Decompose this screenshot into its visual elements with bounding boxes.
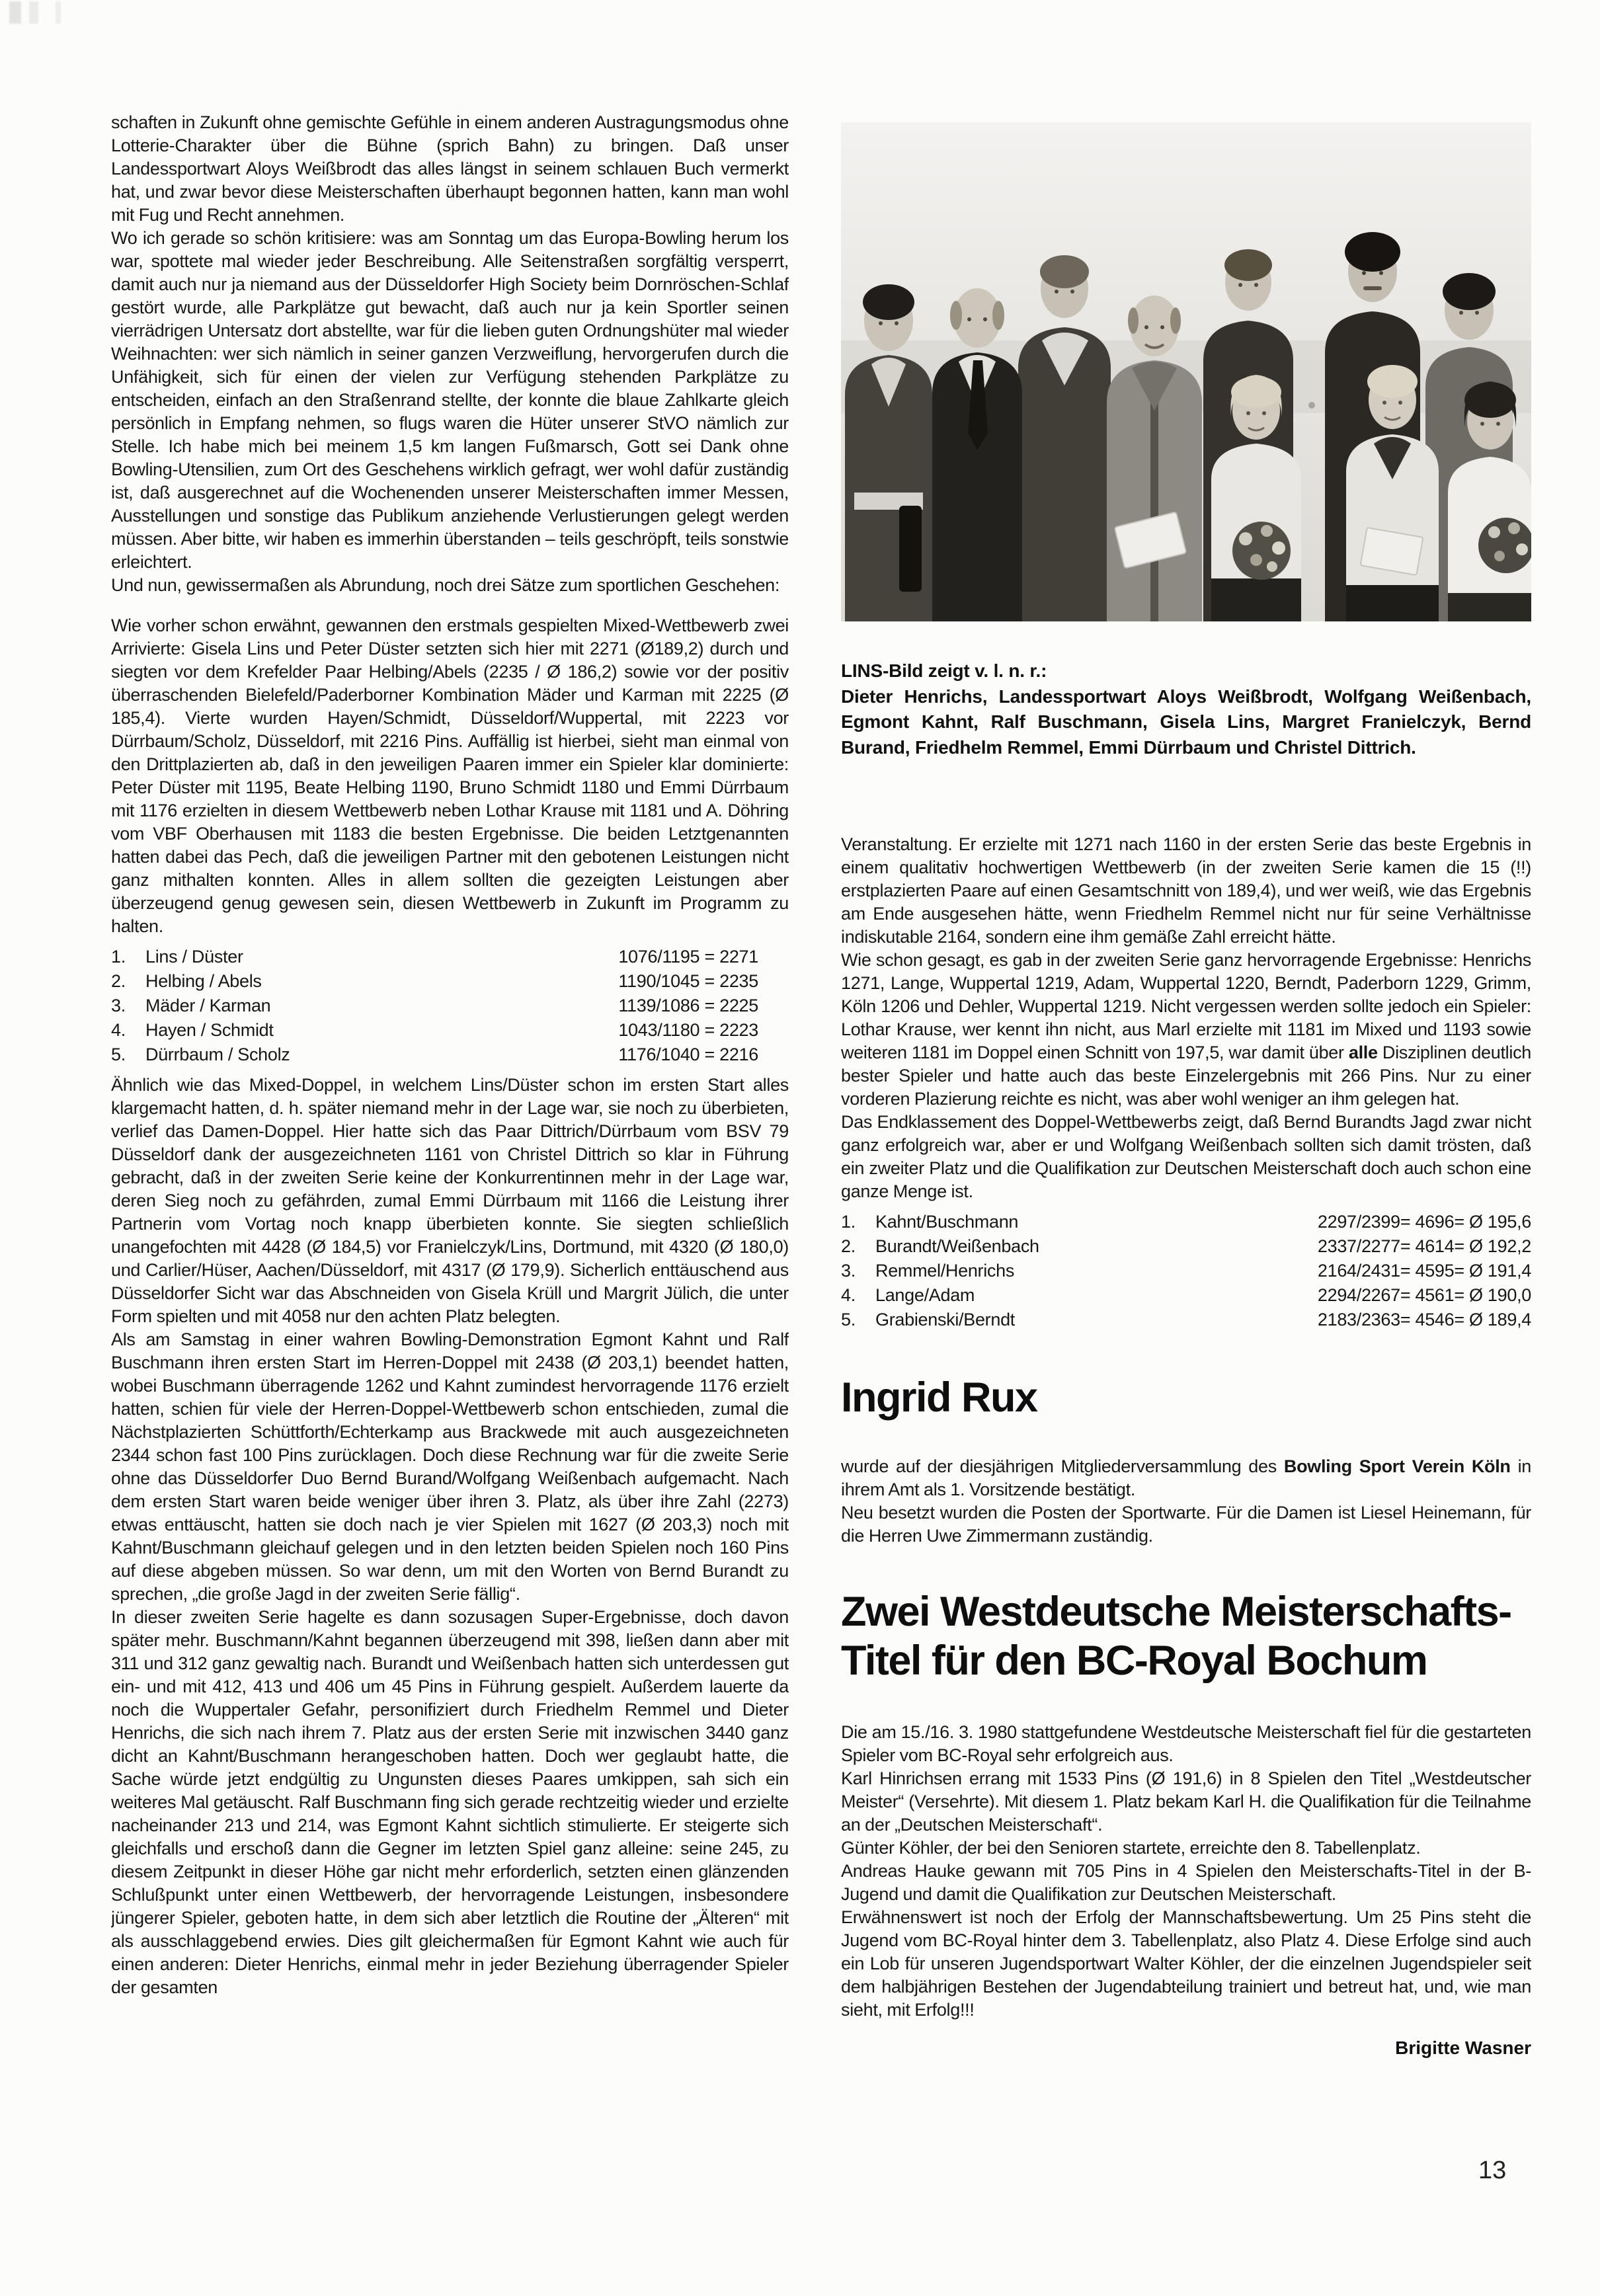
paragraph-hauke: Andreas Hauke gewann mit 705 Pins in 4 S… (841, 1860, 1531, 1906)
result-row: 1. Kahnt/Buschmann 2297/2399= 4696= Ø 19… (841, 1210, 1531, 1234)
paragraph-bochum: Die am 15./16. 3. 1980 stattgefundene We… (841, 1721, 1531, 1767)
paragraph-ingrid-rux: wurde auf der diesjährigen Mitgliederver… (841, 1455, 1531, 1501)
photo-caption: LINS-Bild zeigt v. l. n. r.: Dieter Henr… (841, 658, 1531, 760)
result-rank: 1. (111, 945, 145, 969)
result-score: 1043/1180 = 2223 (618, 1018, 758, 1043)
result-row: 4. Lange/Adam 2294/2267= 4561= Ø 190,0 (841, 1283, 1531, 1308)
author-signature: Brigitte Wasner (841, 2036, 1531, 2060)
paragraph-endklassement: Das Endklassement des Doppel-Wettbewerbs… (841, 1111, 1531, 1203)
paragraph-mannschaftsbewertung: Erwähnenswert ist noch der Erfolg der Ma… (841, 1906, 1531, 2022)
paragraph-zweite-serie-ergebnisse: Wie schon gesagt, es gab in der zweiten … (841, 949, 1531, 1111)
page-number: 13 (1478, 2157, 1506, 2185)
result-pair: Kahnt/Buschmann (875, 1210, 1318, 1234)
result-score: 2337/2277= 4614= Ø 192,2 (1318, 1234, 1531, 1259)
group-photo-image (841, 122, 1531, 621)
result-score: 2297/2399= 4696= Ø 195,6 (1318, 1210, 1531, 1234)
paragraph-hinrichsen: Karl Hinrichsen errang mit 1533 Pins (Ø … (841, 1767, 1531, 1837)
result-pair: Dürrbaum / Scholz (145, 1043, 618, 1067)
result-rank: 5. (841, 1308, 875, 1332)
result-rank: 3. (111, 994, 145, 1018)
result-rank: 2. (111, 969, 145, 994)
result-score: 2183/2363= 4546= Ø 189,4 (1318, 1308, 1531, 1332)
result-row: 5. Grabienski/Berndt 2183/2363= 4546= Ø … (841, 1308, 1531, 1332)
section-heading-ingrid-rux: Ingrid Rux (841, 1373, 1531, 1422)
result-row: 2. Burandt/Weißenbach 2337/2277= 4614= Ø… (841, 1234, 1531, 1259)
result-rank: 3. (841, 1259, 875, 1283)
result-score: 2164/2431= 4595= Ø 191,4 (1318, 1259, 1531, 1283)
result-row: 1. Lins / Düster 1076/1195 = 2271 (111, 945, 789, 969)
left-column: schaften in Zukunft ohne gemischte Gefüh… (111, 111, 789, 2253)
group-photo (841, 122, 1531, 621)
section-heading-bc-royal-bochum: Zwei Westdeutsche Meisterschafts- Titel … (841, 1587, 1531, 1685)
result-row: 5. Dürrbaum / Scholz 1176/1040 = 2216 (111, 1043, 789, 1067)
result-pair: Burandt/Weißenbach (875, 1234, 1318, 1259)
result-rank: 4. (111, 1018, 145, 1043)
paragraph-veranstaltung: Veranstaltung. Er erzielte mit 1271 nach… (841, 833, 1531, 949)
result-pair: Helbing / Abels (145, 969, 618, 994)
result-pair: Remmel/Henrichs (875, 1259, 1318, 1283)
mixed-doppel-results-list: 1. Lins / Düster 1076/1195 = 2271 2. Hel… (111, 945, 789, 1067)
result-pair: Hayen / Schmidt (145, 1018, 618, 1043)
result-row: 4. Hayen / Schmidt 1043/1180 = 2223 (111, 1018, 789, 1043)
result-pair: Grabienski/Berndt (875, 1308, 1318, 1332)
paragraph-koehler: Günter Köhler, der bei den Senioren star… (841, 1837, 1531, 1860)
result-score: 2294/2267= 4561= Ø 190,0 (1318, 1283, 1531, 1308)
paragraph: Wo ich gerade so schön kritisiere: was a… (111, 227, 789, 574)
photo-caption-title: LINS-Bild zeigt v. l. n. r.: (841, 658, 1531, 684)
bouquet (1232, 522, 1291, 580)
magazine-page: schaften in Zukunft ohne gemischte Gefüh… (0, 0, 1600, 2296)
paragraph-zweite-serie: In dieser zweiten Serie hagelte es dann … (111, 1606, 789, 1999)
result-pair: Lins / Düster (145, 945, 618, 969)
doppel-endklassement-list: 1. Kahnt/Buschmann 2297/2399= 4696= Ø 19… (841, 1210, 1531, 1332)
right-column: LINS-Bild zeigt v. l. n. r.: Dieter Henr… (841, 122, 1531, 2205)
scan-artifact (9, 1, 161, 24)
paragraph-mixed-wettbewerb: Wie vorher schon erwähnt, gewannen den e… (111, 614, 789, 938)
result-score: 1139/1086 = 2225 (618, 994, 758, 1018)
result-rank: 1. (841, 1210, 875, 1234)
result-row: 3. Mäder / Karman 1139/1086 = 2225 (111, 994, 789, 1018)
result-row: 2. Helbing / Abels 1190/1045 = 2235 (111, 969, 789, 994)
paragraph: schaften in Zukunft ohne gemischte Gefüh… (111, 111, 789, 227)
result-score: 1190/1045 = 2235 (618, 969, 758, 994)
result-rank: 2. (841, 1234, 875, 1259)
photo-caption-names: Dieter Henrichs, Landessportwart Aloys W… (841, 686, 1531, 758)
paragraph-sportwarte: Neu besetzt wurden die Posten der Sportw… (841, 1501, 1531, 1548)
result-score: 1076/1195 = 2271 (618, 945, 758, 969)
result-score: 1176/1040 = 2216 (618, 1043, 758, 1067)
result-rank: 5. (111, 1043, 145, 1067)
paragraph-damen-doppel: Ähnlich wie das Mixed-Doppel, in welchem… (111, 1074, 789, 1328)
paragraph: Und nun, gewissermaßen als Abrundung, no… (111, 574, 789, 597)
result-row: 3. Remmel/Henrichs 2164/2431= 4595= Ø 19… (841, 1259, 1531, 1283)
paragraph-herren-doppel: Als am Samstag in einer wahren Bowling-D… (111, 1328, 789, 1606)
result-rank: 4. (841, 1283, 875, 1308)
result-pair: Lange/Adam (875, 1283, 1318, 1308)
result-pair: Mäder / Karman (145, 994, 618, 1018)
